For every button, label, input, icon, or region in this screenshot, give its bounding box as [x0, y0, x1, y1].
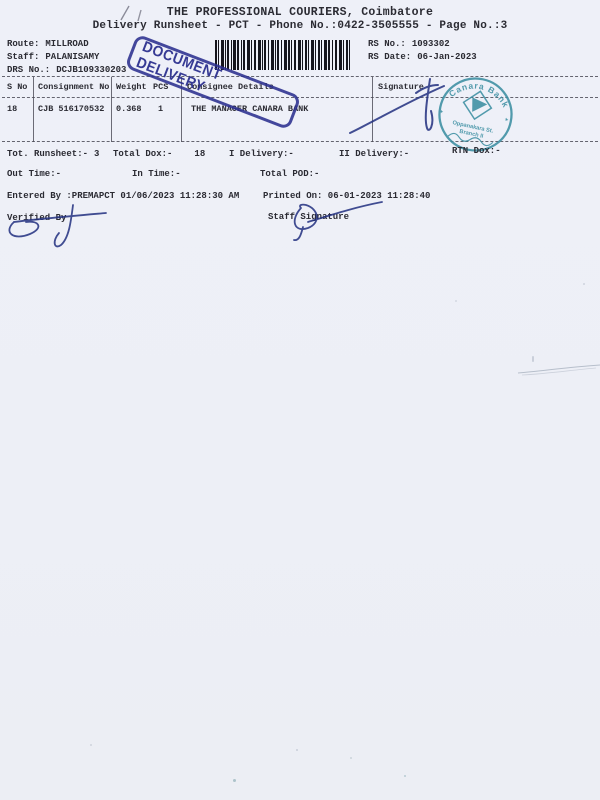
in-time-field: In Time:-	[132, 170, 181, 179]
drs-label: DRS No.:	[7, 65, 50, 75]
verified-by-signature	[2, 196, 120, 252]
total-runsheet-value: 3	[94, 149, 99, 159]
page-subtitle: Delivery Runsheet - PCT - Phone No.:0422…	[0, 21, 600, 32]
total-dox-label: Total Dox:-	[113, 149, 172, 159]
route-field: Route:MILLROAD	[7, 40, 89, 49]
staff-value: PALANISAMY	[45, 52, 99, 62]
scan-speck	[404, 775, 406, 777]
table-vline-1	[33, 77, 34, 142]
pen-marks	[112, 2, 152, 26]
out-time-field: Out Time:-	[7, 170, 61, 179]
scan-speck	[583, 283, 585, 285]
scan-speck	[233, 779, 236, 782]
rtn-dox-field: RTN Dox:-	[452, 147, 501, 156]
pencil-smudge	[512, 358, 600, 382]
staff-field: Staff:PALANISAMY	[7, 53, 99, 62]
scan-speck	[90, 744, 92, 746]
drs-number-field: DRS No.:DCJB109330203	[7, 66, 126, 75]
total-runsheet-field: Tot. Runsheet:-3	[7, 150, 99, 159]
rs-date-field: RS Date:06-Jan-2023	[368, 53, 477, 62]
staff-signature-scribble	[282, 194, 407, 246]
total-dox-value: 18	[194, 149, 205, 159]
col-header-sno: S No	[7, 83, 27, 92]
star-icon: ★	[439, 107, 445, 116]
scan-speck	[350, 757, 352, 759]
scanned-runsheet-page: THE PROFESSIONAL COURIERS, Coimbatore De…	[0, 0, 600, 800]
col-header-weight: Weight	[116, 83, 147, 92]
scan-speck	[532, 356, 534, 362]
row-consignment-no: CJB 516170532	[38, 105, 104, 114]
barcode	[215, 40, 350, 71]
total-runsheet-label: Tot. Runsheet:-	[7, 149, 88, 159]
route-value: MILLROAD	[45, 39, 88, 49]
table-vline-2	[111, 77, 112, 142]
total-pod-field: Total POD:-	[260, 170, 319, 179]
page-title: THE PROFESSIONAL COURIERS, Coimbatore	[0, 7, 600, 19]
route-label: Route:	[7, 39, 39, 49]
ii-delivery-field: II Delivery:-	[339, 150, 409, 159]
row-weight: 0.368	[116, 105, 142, 114]
rs-no-label: RS No.:	[368, 39, 406, 49]
total-dox-field: Total Dox:-18	[113, 150, 205, 159]
rs-date-label: RS Date:	[368, 52, 411, 62]
i-delivery-field: I Delivery:-	[229, 150, 294, 159]
rs-date-value: 06-Jan-2023	[417, 52, 476, 62]
scan-speck	[296, 749, 298, 751]
drs-value: DCJB109330203	[56, 65, 126, 75]
staff-label: Staff:	[7, 52, 39, 62]
col-header-pcs: PCS	[153, 83, 168, 92]
rs-number-field: RS No.:1093302	[368, 40, 450, 49]
col-header-consignment: Consignment No	[38, 83, 109, 92]
star-icon: ★	[504, 115, 510, 124]
row-pcs: 1	[158, 105, 163, 114]
scan-speck	[455, 300, 457, 302]
row-sno: 18	[7, 105, 17, 114]
rs-no-value: 1093302	[412, 39, 450, 49]
